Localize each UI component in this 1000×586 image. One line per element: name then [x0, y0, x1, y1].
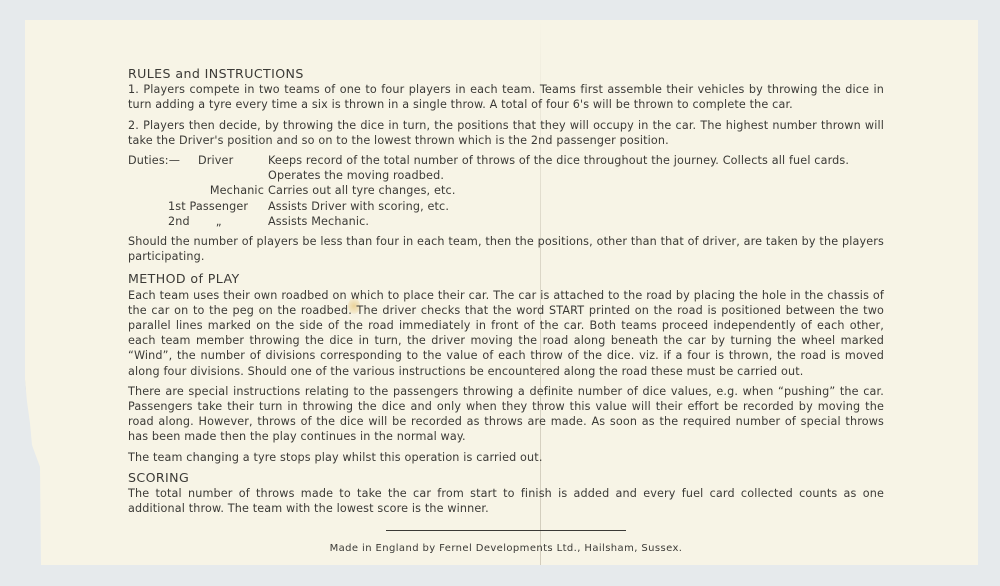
- duty-role: 2nd „: [128, 214, 268, 229]
- duty-role: Driver: [198, 153, 268, 183]
- duty-role: Mechanic: [128, 183, 268, 198]
- rule-1: 1. Players compete in two teams of one t…: [128, 82, 884, 112]
- scoring-paragraph: The total number of throws made to take …: [128, 486, 884, 516]
- fewer-players-note: Should the number of players be less tha…: [128, 234, 884, 264]
- scoring-heading: SCORING: [128, 470, 884, 485]
- rules-heading: RULES and INSTRUCTIONS: [128, 66, 884, 81]
- duty-role: 1st Passenger: [128, 199, 268, 214]
- divider: [386, 530, 626, 531]
- duties-label: Duties:—: [128, 153, 198, 183]
- duty-description: Carries out all tyre changes, etc.: [268, 183, 884, 198]
- method-heading: METHOD of PLAY: [128, 271, 884, 286]
- duty-description: Keeps record of the total number of thro…: [268, 153, 884, 183]
- method-paragraph: The team changing a tyre stops play whil…: [128, 450, 884, 465]
- duty-description: Assists Mechanic.: [268, 214, 884, 229]
- method-paragraph: There are special instructions relating …: [128, 384, 884, 445]
- rule-2: 2. Players then decide, by throwing the …: [128, 118, 884, 148]
- method-paragraph: Each team uses their own roadbed on whic…: [128, 288, 884, 379]
- duty-description: Assists Driver with scoring, etc.: [268, 199, 884, 214]
- manufacturer-footer: Made in England by Fernel Developments L…: [128, 541, 884, 556]
- duties-table: Duties:— Driver Keeps record of the tota…: [128, 153, 884, 229]
- instructions-text: RULES and INSTRUCTIONS 1. Players compet…: [128, 66, 884, 557]
